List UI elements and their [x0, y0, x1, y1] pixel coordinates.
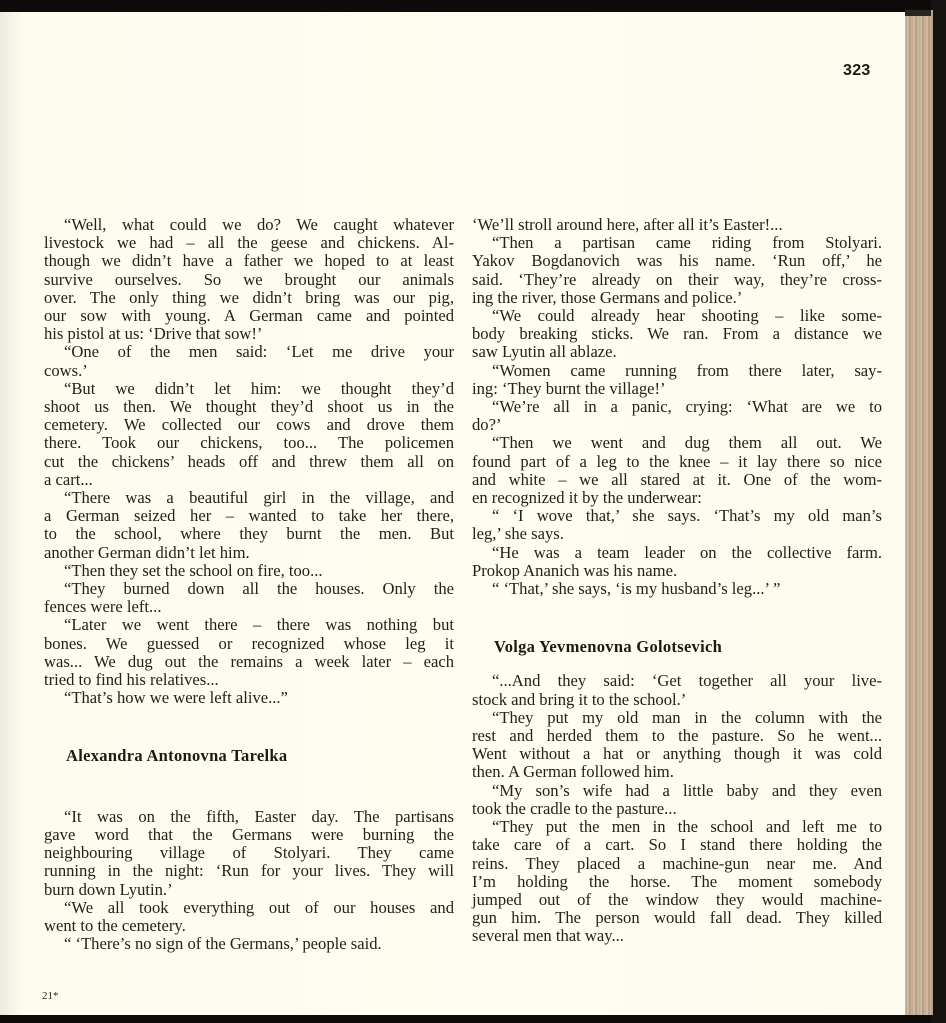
paragraph: “Then we went and dug them all out. Wefo… — [472, 434, 882, 507]
text-line: his pistol at us: ‘Drive that sow!’ — [44, 325, 454, 343]
text-line: ing: ‘They burnt the village!’ — [472, 380, 882, 398]
text-line: leg,’ she says. — [472, 525, 882, 543]
paragraph: “He was a team leader on the collective … — [472, 544, 882, 580]
paragraph: “But we didn’t let him: we thought they’… — [44, 380, 454, 489]
text-line: another German didn’t let him. — [44, 544, 454, 562]
text-line: was... We dug out the remains a week lat… — [44, 653, 454, 671]
text-line: “There was a beautiful girl in the villa… — [44, 489, 454, 507]
text-line: burn down Lyutin.’ — [44, 881, 454, 899]
left-paragraphs: “Well, what could we do? We caught whate… — [44, 216, 454, 707]
text-line: “ ‘There’s no sign of the Germans,’ peop… — [44, 935, 454, 953]
text-line: “Then a partisan came riding from Stolya… — [472, 234, 882, 252]
paragraph: “Then a partisan came riding from Stolya… — [472, 234, 882, 307]
text-line: jumped out of the window they would mach… — [472, 891, 882, 909]
text-line: livestock we had – all the geese and chi… — [44, 234, 454, 252]
paragraph: “Well, what could we do? We caught whate… — [44, 216, 454, 343]
text-line: shoot us then. We thought they’d shoot u… — [44, 398, 454, 416]
paragraph: “Women came running from there later, sa… — [472, 362, 882, 398]
book-spine-shadow — [931, 0, 946, 1023]
text-line: gave word that the Germans were burning … — [44, 826, 454, 844]
text-line: tried to find his relatives... — [44, 671, 454, 689]
text-line: en recognized it by the underwear: — [472, 489, 882, 507]
text-line: “That’s how we were left alive...” — [44, 689, 454, 707]
text-line: “One of the men said: ‘Let me drive your — [44, 343, 454, 361]
text-line: “Then they set the school on fire, too..… — [44, 562, 454, 580]
text-line: “We’re all in a panic, crying: ‘What are… — [472, 398, 882, 416]
text-line: then. A German followed him. — [472, 763, 882, 781]
text-line: found part of a leg to the knee – it lay… — [472, 453, 882, 471]
text-line: though we didn’t have a father we hoped … — [44, 252, 454, 270]
section-heading-golotsevich: Volga Yevmenovna Golotsevich — [472, 638, 882, 656]
right-paragraphs-after-heading: “...And they said: ‘Get together all you… — [472, 672, 882, 945]
text-line: “But we didn’t let him: we thought they’… — [44, 380, 454, 398]
paragraph: “We’re all in a panic, crying: ‘What are… — [472, 398, 882, 434]
paragraph: “ ‘I wove that,’ she says. ‘That’s my ol… — [472, 507, 882, 543]
text-line: went to the cemetery. — [44, 917, 454, 935]
paragraph: “That’s how we were left alive...” — [44, 689, 454, 707]
left-paragraphs-after-heading: “It was on the fifth, Easter day. The pa… — [44, 808, 454, 954]
text-line: do?’ — [472, 416, 882, 434]
text-line: “Then we went and dug them all out. We — [472, 434, 882, 452]
paragraph: “One of the men said: ‘Let me drive your… — [44, 343, 454, 379]
signature-mark: 21* — [42, 990, 59, 1002]
right-column: ‘We’ll stroll around here, after all it’… — [472, 216, 882, 946]
section-heading-tarelka: Alexandra Antonovna Tarelka — [44, 747, 454, 765]
page-edges — [905, 10, 933, 1015]
paragraph: “They put my old man in the column with … — [472, 709, 882, 782]
text-line: “Later we went there – there was nothing… — [44, 616, 454, 634]
text-line: a cart... — [44, 471, 454, 489]
text-line: Prokop Ananich was his name. — [472, 562, 882, 580]
text-line: “He was a team leader on the collective … — [472, 544, 882, 562]
page-number: 323 — [843, 62, 871, 80]
text-line: “We all took everything out of our house… — [44, 899, 454, 917]
paragraph: “We all took everything out of our house… — [44, 899, 454, 935]
paragraph: “My son’s wife had a little baby and the… — [472, 782, 882, 818]
text-line: cows.’ — [44, 362, 454, 380]
paragraph: “ ‘There’s no sign of the Germans,’ peop… — [44, 935, 454, 953]
text-line: bones. We guessed or recognized whose le… — [44, 635, 454, 653]
text-line: “ ‘I wove that,’ she says. ‘That’s my ol… — [472, 507, 882, 525]
text-line: cut the chickens’ heads off and threw th… — [44, 453, 454, 471]
text-line: fences were left... — [44, 598, 454, 616]
paragraph: “Then they set the school on fire, too..… — [44, 562, 454, 580]
text-line: “Well, what could we do? We caught whate… — [44, 216, 454, 234]
text-line: and white – we all stared at it. One of … — [472, 471, 882, 489]
text-line: took the cradle to the pasture... — [472, 800, 882, 818]
text-line: “We could already hear shooting – like s… — [472, 307, 882, 325]
text-line: “ ‘That,’ she says, ‘is my husband’s leg… — [472, 580, 882, 598]
text-line: saw Lyutin all ablaze. — [472, 343, 882, 361]
text-line: gun him. The person would fall dead. The… — [472, 909, 882, 927]
text-line: to the school, where they burnt the men.… — [44, 525, 454, 543]
text-line: I’m holding the horse. The moment somebo… — [472, 873, 882, 891]
text-line: take care of a cart. So I stand there ho… — [472, 836, 882, 854]
text-line: there. Took our chickens, too... The pol… — [44, 434, 454, 452]
text-line: “My son’s wife had a little baby and the… — [472, 782, 882, 800]
paragraph: “ ‘That,’ she says, ‘is my husband’s leg… — [472, 580, 882, 598]
text-line: Went without a hat or anything though it… — [472, 745, 882, 763]
text-line: a German seized her – wanted to take her… — [44, 507, 454, 525]
paragraph: “There was a beautiful girl in the villa… — [44, 489, 454, 562]
paragraph: “They put the men in the school and left… — [472, 818, 882, 945]
text-line: our sow with young. A German came and po… — [44, 307, 454, 325]
text-line: body breaking sticks. We ran. From a dis… — [472, 325, 882, 343]
text-line: ‘We’ll stroll around here, after all it’… — [472, 216, 882, 234]
text-line: reins. They placed a machine-gun near me… — [472, 855, 882, 873]
text-line: neighbouring village of Stolyari. They c… — [44, 844, 454, 862]
text-line: rest and herded them to the pasture. So … — [472, 727, 882, 745]
paragraph: “...And they said: ‘Get together all you… — [472, 672, 882, 708]
paragraph: “Later we went there – there was nothing… — [44, 616, 454, 689]
left-column: “Well, what could we do? We caught whate… — [44, 216, 454, 953]
text-line: running in the night: ‘Run for your live… — [44, 862, 454, 880]
paragraph: “We could already hear shooting – like s… — [472, 307, 882, 362]
right-paragraphs: ‘We’ll stroll around here, after all it’… — [472, 216, 882, 598]
text-line: Yakov Bogdanovich was his name. ‘Run off… — [472, 252, 882, 270]
text-line: “They burned down all the houses. Only t… — [44, 580, 454, 598]
text-line: “They put my old man in the column with … — [472, 709, 882, 727]
text-line: several men that way... — [472, 927, 882, 945]
text-line: over. The only thing we didn’t bring was… — [44, 289, 454, 307]
text-line: ing the river, those Germans and police.… — [472, 289, 882, 307]
text-line: survive ourselves. So we brought our ani… — [44, 271, 454, 289]
text-line: “It was on the fifth, Easter day. The pa… — [44, 808, 454, 826]
text-line: “Women came running from there later, sa… — [472, 362, 882, 380]
text-line: “They put the men in the school and left… — [472, 818, 882, 836]
text-line: “...And they said: ‘Get together all you… — [472, 672, 882, 690]
text-line: said. ‘They’re already on their way, the… — [472, 271, 882, 289]
text-line: cemetery. We collected our cows and drov… — [44, 416, 454, 434]
paragraph: ‘We’ll stroll around here, after all it’… — [472, 216, 882, 234]
paragraph: “It was on the fifth, Easter day. The pa… — [44, 808, 454, 899]
text-line: stock and bring it to the school.’ — [472, 691, 882, 709]
paragraph: “They burned down all the houses. Only t… — [44, 580, 454, 616]
